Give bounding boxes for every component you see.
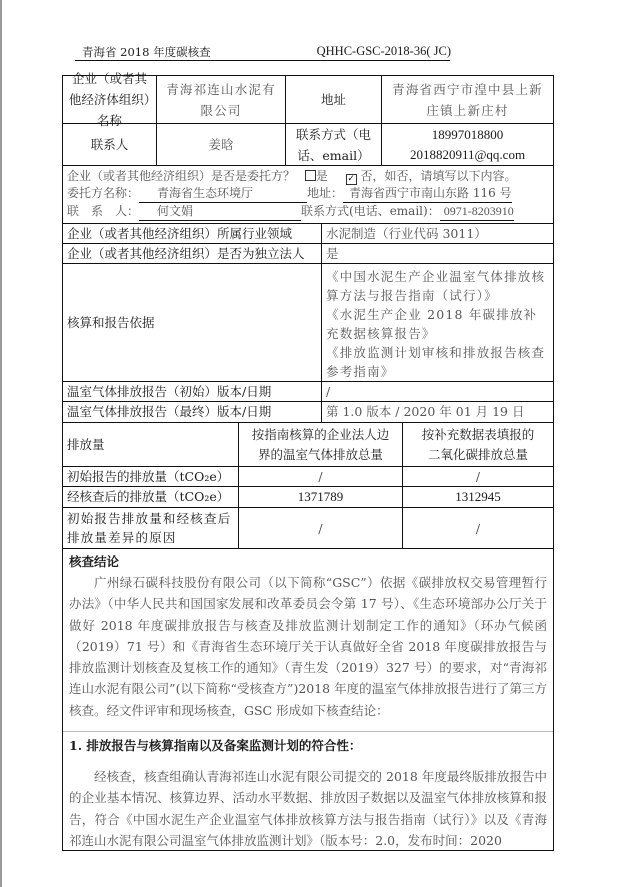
entrust-name-label: 委托方名称： — [67, 185, 139, 203]
basis-label: 核算和报告依据 — [63, 264, 322, 381]
report-final-value: 第 1.0 版本 / 2020 年 01 月 19 日 — [322, 402, 553, 422]
emissions-row-v2: 1312945 — [403, 487, 553, 507]
phone-value: 18997018800 — [432, 125, 504, 145]
company-name-value: 青海祁连山水泥有限公司 — [157, 76, 286, 123]
entrust-address-value: 青海省西宁市南山东路 116 号 — [343, 185, 512, 203]
basis-item: 《中国水泥生产企业温室气体排放核算方法与报告指南（试行）》 — [326, 267, 549, 305]
emissions-row-label: 初始报告的排放量（tCO₂e） — [63, 467, 239, 486]
checkbox-yes[interactable] — [305, 170, 316, 181]
conclusion-row: 核查结论 广州绿石碳科技股份有限公司（以下简称“GSC”）依据《碳排放权交易管理… — [63, 549, 553, 850]
report-final-label: 温室气体排放报告（最终）版本/日期 — [63, 402, 322, 422]
conclusion-title: 核查结论 — [63, 549, 553, 572]
industry-row: 企业（或者其他经济组织）所属行业领域 水泥制造（行业代码 3011） — [63, 224, 553, 244]
emissions-row-verified: 经核查后的排放量（tCO₂e） 1371789 1312945 — [63, 487, 553, 508]
emissions-row-v1: 1371789 — [239, 487, 403, 507]
report-initial-row: 温室气体排放报告（初始）版本/日期 / — [63, 382, 553, 402]
section-1-title: 1. 排放报告与核算指南以及备案监测计划的符合性： — [63, 732, 553, 762]
entrust-contact-label: 联 系 人： — [67, 203, 139, 221]
header-title: 青海省 2018 年度碳核查 — [82, 44, 211, 60]
checkbox-no[interactable]: ✓ — [346, 174, 357, 185]
email-value: 2018820911@qq.com — [410, 145, 525, 165]
report-final-row: 温室气体排放报告（最终）版本/日期 第 1.0 版本 / 2020 年 01 月… — [63, 402, 553, 423]
emissions-row-initial: 初始报告的排放量（tCO₂e） / / — [63, 467, 553, 487]
contact-method-value: 18997018800 2018820911@qq.com — [382, 124, 553, 165]
entrust-method-label: 联系方式(电话、email)： — [301, 203, 440, 221]
legal-person-value: 是 — [322, 244, 553, 263]
entrust-address-label: 地址： — [307, 185, 343, 203]
emissions-row-v1: / — [239, 467, 403, 486]
page-edge — [0, 0, 2, 887]
address-label: 地址 — [286, 76, 382, 123]
contact-value: 姜晗 — [157, 124, 286, 165]
conclusion-block: 核查结论 广州绿石碳科技股份有限公司（以下简称“GSC”）依据《碳排放权交易管理… — [63, 549, 553, 850]
company-row: 企业（或者其他经济体组织）名称 青海祁连山水泥有限公司 地址 青海省西宁市湟中县… — [63, 76, 553, 124]
report-initial-label: 温室气体排放报告（初始）版本/日期 — [63, 382, 322, 401]
emissions-col2-header: 按补充数据表填报的二氧化碳排放总量 — [403, 423, 553, 466]
legal-person-label: 企业（或者其他经济组织）是否为独立法人 — [63, 244, 322, 263]
entrust-contact-line: 联 系 人： 何文娟 联系方式(电话、email)： 0971-8203910 — [67, 203, 549, 221]
header-rule — [75, 60, 450, 61]
emissions-row-v2: / — [403, 508, 553, 548]
basis-list: 《中国水泥生产企业温室气体排放核算方法与报告指南（试行）》 《水泥生产企业 20… — [322, 264, 553, 381]
legal-person-row: 企业（或者其他经济组织）是否为独立法人 是 — [63, 244, 553, 264]
entrust-row: 企业（或者其他经济组织）是否是委托方？ 是 ✓ 否，如否，请填写以下内容。 委托… — [63, 166, 553, 224]
basis-item: 《水泥生产企业 2018 年碳排放补充数据核算报告》 — [326, 305, 549, 343]
emissions-row-label: 经核查后的排放量（tCO₂e） — [63, 487, 239, 507]
option-yes-label: 是 — [316, 169, 328, 183]
entrust-contact-value: 何文娟 — [139, 203, 301, 221]
verification-table: 企业（或者其他经济体组织）名称 青海祁连山水泥有限公司 地址 青海省西宁市湟中县… — [62, 75, 554, 851]
conclusion-paragraph-2: 经核查，核查组确认青海祁连山水泥有限公司提交的 2018 年度最终版排放报告中的… — [63, 762, 553, 850]
basis-row: 核算和报告依据 《中国水泥生产企业温室气体排放核算方法与报告指南（试行）》 《水… — [63, 264, 553, 382]
emissions-row-v2: / — [403, 467, 553, 486]
entrust-question: 企业（或者其他经济组织）是否是委托方？ — [67, 169, 295, 183]
emissions-row-label: 初始报告排放量和经核查后排放量差异的原因 — [63, 508, 239, 548]
emissions-row-difference: 初始报告排放量和经核查后排放量差异的原因 / / — [63, 508, 553, 549]
industry-value: 水泥制造（行业代码 3011） — [322, 224, 553, 243]
contact-row: 联系人 姜晗 联系方式（电话、email） 18997018800 201882… — [63, 124, 553, 166]
industry-label: 企业（或者其他经济组织）所属行业领域 — [63, 224, 322, 243]
contact-method-label: 联系方式（电话、email） — [286, 124, 382, 165]
emissions-header-row: 排放量 按指南核算的企业法人边界的温室气体排放总量 按补充数据表填报的二氧化碳排… — [63, 423, 553, 467]
emissions-header-label: 排放量 — [63, 423, 239, 466]
entrust-name-value: 青海省生态环境厅 — [139, 185, 307, 203]
emissions-row-v1: / — [239, 508, 403, 548]
entrust-method-value: 0971-8203910 — [440, 203, 514, 221]
entrust-question-line: 企业（或者其他经济组织）是否是委托方？ 是 ✓ 否，如否，请填写以下内容。 — [67, 168, 549, 185]
contact-label: 联系人 — [63, 124, 157, 165]
entrust-block: 企业（或者其他经济组织）是否是委托方？ 是 ✓ 否，如否，请填写以下内容。 委托… — [63, 166, 553, 223]
address-value: 青海省西宁市湟中县上新庄镇上新庄村 — [382, 76, 553, 123]
basis-item: 《排放监测计划审核和排放报告核查参考指南》 — [326, 343, 549, 381]
company-name-label: 企业（或者其他经济体组织）名称 — [63, 76, 157, 123]
emissions-col1-header: 按指南核算的企业法人边界的温室气体排放总量 — [239, 423, 403, 466]
header-doc-id: QHHC-GSC-2018-36( JC) — [317, 44, 451, 59]
conclusion-paragraph-1: 广州绿石碳科技股份有限公司（以下简称“GSC”）依据《碳排放权交易管理暂行办法》… — [63, 572, 553, 723]
report-initial-value: / — [322, 382, 553, 401]
option-no-label: 否，如否，请填写以下内容。 — [361, 169, 517, 183]
entrust-name-line: 委托方名称： 青海省生态环境厅 地址： 青海省西宁市南山东路 116 号 — [67, 185, 549, 203]
